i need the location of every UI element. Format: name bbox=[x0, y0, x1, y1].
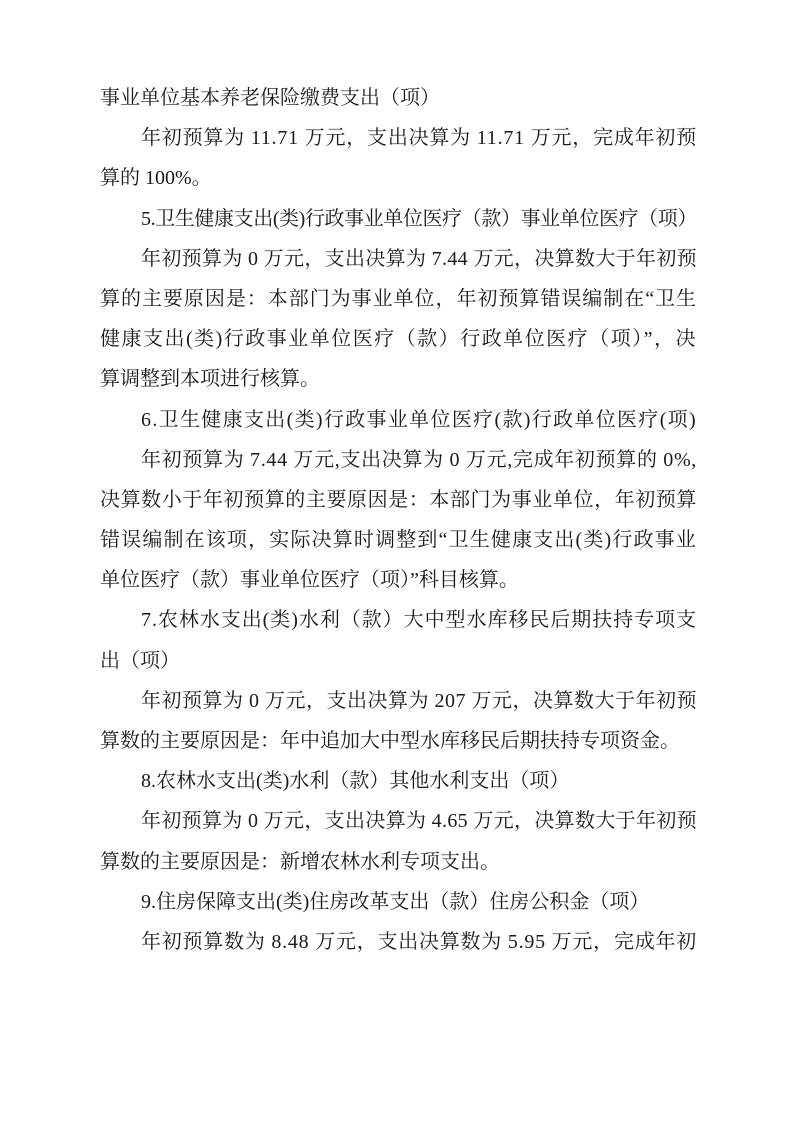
text-line: 年初预算为 0 万元，支出决算为 7.44 万元，决算数大于年初预 bbox=[100, 239, 697, 279]
text-line: 错误编制在该项，实际决算时调整到“卫生健康支出(类)行政事业 bbox=[100, 520, 697, 560]
text-line: 年初预算数为 8.48 万元，支出决算数为 5.95 万元，完成年初 bbox=[100, 922, 697, 962]
text-line: 7.农林水支出(类)水利（款）大中型水库移民后期扶持专项支 bbox=[100, 600, 697, 640]
text-line: 决算数小于年初预算的主要原因是：本部门为事业单位，年初预算 bbox=[100, 480, 697, 520]
text-line: 8.农林水支出(类)水利（款）其他水利支出（项） bbox=[100, 761, 697, 801]
text-line: 事业单位基本养老保险缴费支出（项） bbox=[100, 78, 697, 118]
text-line: 年初预算为 7.44 万元,支出决算为 0 万元,完成年初预算的 0%, bbox=[100, 440, 697, 480]
text-line: 年初预算为 0 万元，支出决算为 4.65 万元，决算数大于年初预 bbox=[100, 801, 697, 841]
document-body-text: 事业单位基本养老保险缴费支出（项） 年初预算为 11.71 万元，支出决算为 1… bbox=[100, 78, 697, 962]
document-page: 事业单位基本养老保险缴费支出（项） 年初预算为 11.71 万元，支出决算为 1… bbox=[0, 0, 793, 1122]
text-line: 年初预算为 11.71 万元，支出决算为 11.71 万元，完成年初预 bbox=[100, 118, 697, 158]
text-line: 算的主要原因是：本部门为事业单位，年初预算错误编制在“卫生 bbox=[100, 279, 697, 319]
text-line: 算调整到本项进行核算。 bbox=[100, 359, 697, 399]
text-line: 单位医疗（款）事业单位医疗（项）”科目核算。 bbox=[100, 560, 697, 600]
text-line: 9.住房保障支出(类)住房改革支出（款）住房公积金（项） bbox=[100, 882, 697, 922]
text-line: 算的 100%。 bbox=[100, 158, 697, 198]
text-line: 5.卫生健康支出(类)行政事业单位医疗（款）事业单位医疗（项） bbox=[100, 199, 697, 239]
text-line: 年初预算为 0 万元，支出决算为 207 万元，决算数大于年初预 bbox=[100, 681, 697, 721]
text-line: 出（项） bbox=[100, 641, 697, 681]
text-line: 6.卫生健康支出(类)行政事业单位医疗(款)行政单位医疗(项) bbox=[100, 400, 697, 440]
text-line: 算数的主要原因是：年中追加大中型水库移民后期扶持专项资金。 bbox=[100, 721, 697, 761]
text-line: 算数的主要原因是：新增农林水利专项支出。 bbox=[100, 842, 697, 882]
text-line: 健康支出(类)行政事业单位医疗（款）行政单位医疗（项）”，决 bbox=[100, 319, 697, 359]
